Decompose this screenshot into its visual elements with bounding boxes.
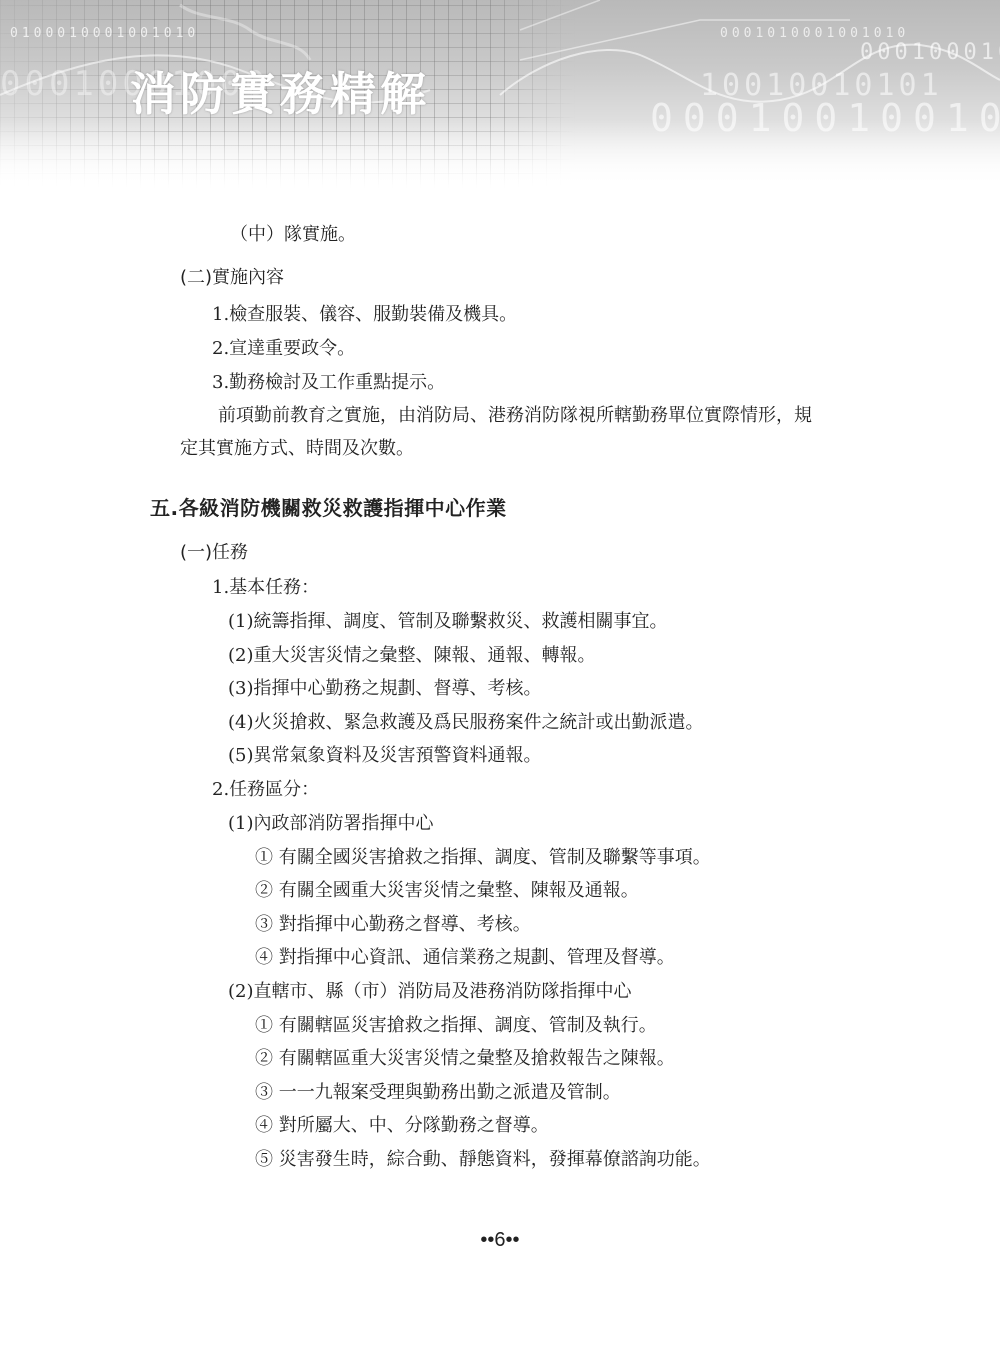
text-line: ③ 一一九報案受理與勤務出勤之派遣及管制。 xyxy=(255,1081,621,1105)
text-line: 2.任務區分： xyxy=(212,778,319,802)
text-line: (4)火災搶救、緊急救護及爲民服務案件之統計或出勤派遣。 xyxy=(228,711,704,735)
binary-decoration: 00010001001000 xyxy=(860,40,1000,65)
text-line: 2.宣達重要政令。 xyxy=(212,337,355,361)
text-line: （中）隊實施。 xyxy=(230,223,356,247)
header-banner: 0100010001001010 00010001000 00010100010… xyxy=(0,0,1000,188)
text-line: 3.勤務檢討及工作重點提示。 xyxy=(212,371,445,395)
text-line: ① 有關全國災害搶救之指揮、調度、管制及聯繫等事項。 xyxy=(255,846,711,870)
subheading: (二)實施內容 xyxy=(180,266,284,290)
text-line: ② 有關全國重大災害災情之彙整、陳報及通報。 xyxy=(255,879,639,903)
text-line: ④ 對所屬大、中、分隊勤務之督導。 xyxy=(255,1114,549,1138)
text-line: (3)指揮中心勤務之規劃、督導、考核。 xyxy=(228,677,542,701)
text-line: 1.檢查服裝、儀容、服勤裝備及機具。 xyxy=(212,303,517,327)
text-line: ① 有關轄區災害搶救之指揮、調度、管制及執行。 xyxy=(255,1014,657,1038)
text-line: ④ 對指揮中心資訊、通信業務之規劃、管理及督導。 xyxy=(255,946,675,970)
text-line: (1)內政部消防署指揮中心 xyxy=(228,812,434,836)
binary-decoration: 0001010001001010 xyxy=(720,26,909,41)
book-title: 消防實務精解 xyxy=(130,58,430,124)
banner-fade xyxy=(0,120,1000,188)
text-line: (1)統籌指揮、調度、管制及聯繫救災、救護相關事宜。 xyxy=(228,610,668,634)
text-line: ⑤ 災害發生時，綜合動、靜態資料，發揮幕僚諮詢功能。 xyxy=(255,1148,711,1172)
text-line: 前項勤前教育之實施，由消防局、港務消防隊視所轄勤務單位實際情形，規 xyxy=(218,404,812,428)
binary-decoration: 0100010001001010 xyxy=(10,26,199,41)
text-line: 1.基本任務： xyxy=(212,576,319,600)
page-number: ••6•• xyxy=(470,1229,530,1252)
text-line: 定其實施方式、時間及次數。 xyxy=(180,437,414,461)
text-line: (5)異常氣象資料及災害預警資料通報。 xyxy=(228,744,542,768)
subheading: (一)任務 xyxy=(180,541,248,565)
text-line: (2)重大災害災情之彙整、陳報、通報、轉報。 xyxy=(228,644,596,668)
text-line: ② 有關轄區重大災害災情之彙整及搶救報告之陳報。 xyxy=(255,1047,675,1071)
text-line: (2)直轄市、縣（市）消防局及港務消防隊指揮中心 xyxy=(228,980,632,1004)
text-line: ③ 對指揮中心勤務之督導、考核。 xyxy=(255,913,531,937)
section-heading: 五.各級消防機關救災救護指揮中心作業 xyxy=(150,496,507,520)
